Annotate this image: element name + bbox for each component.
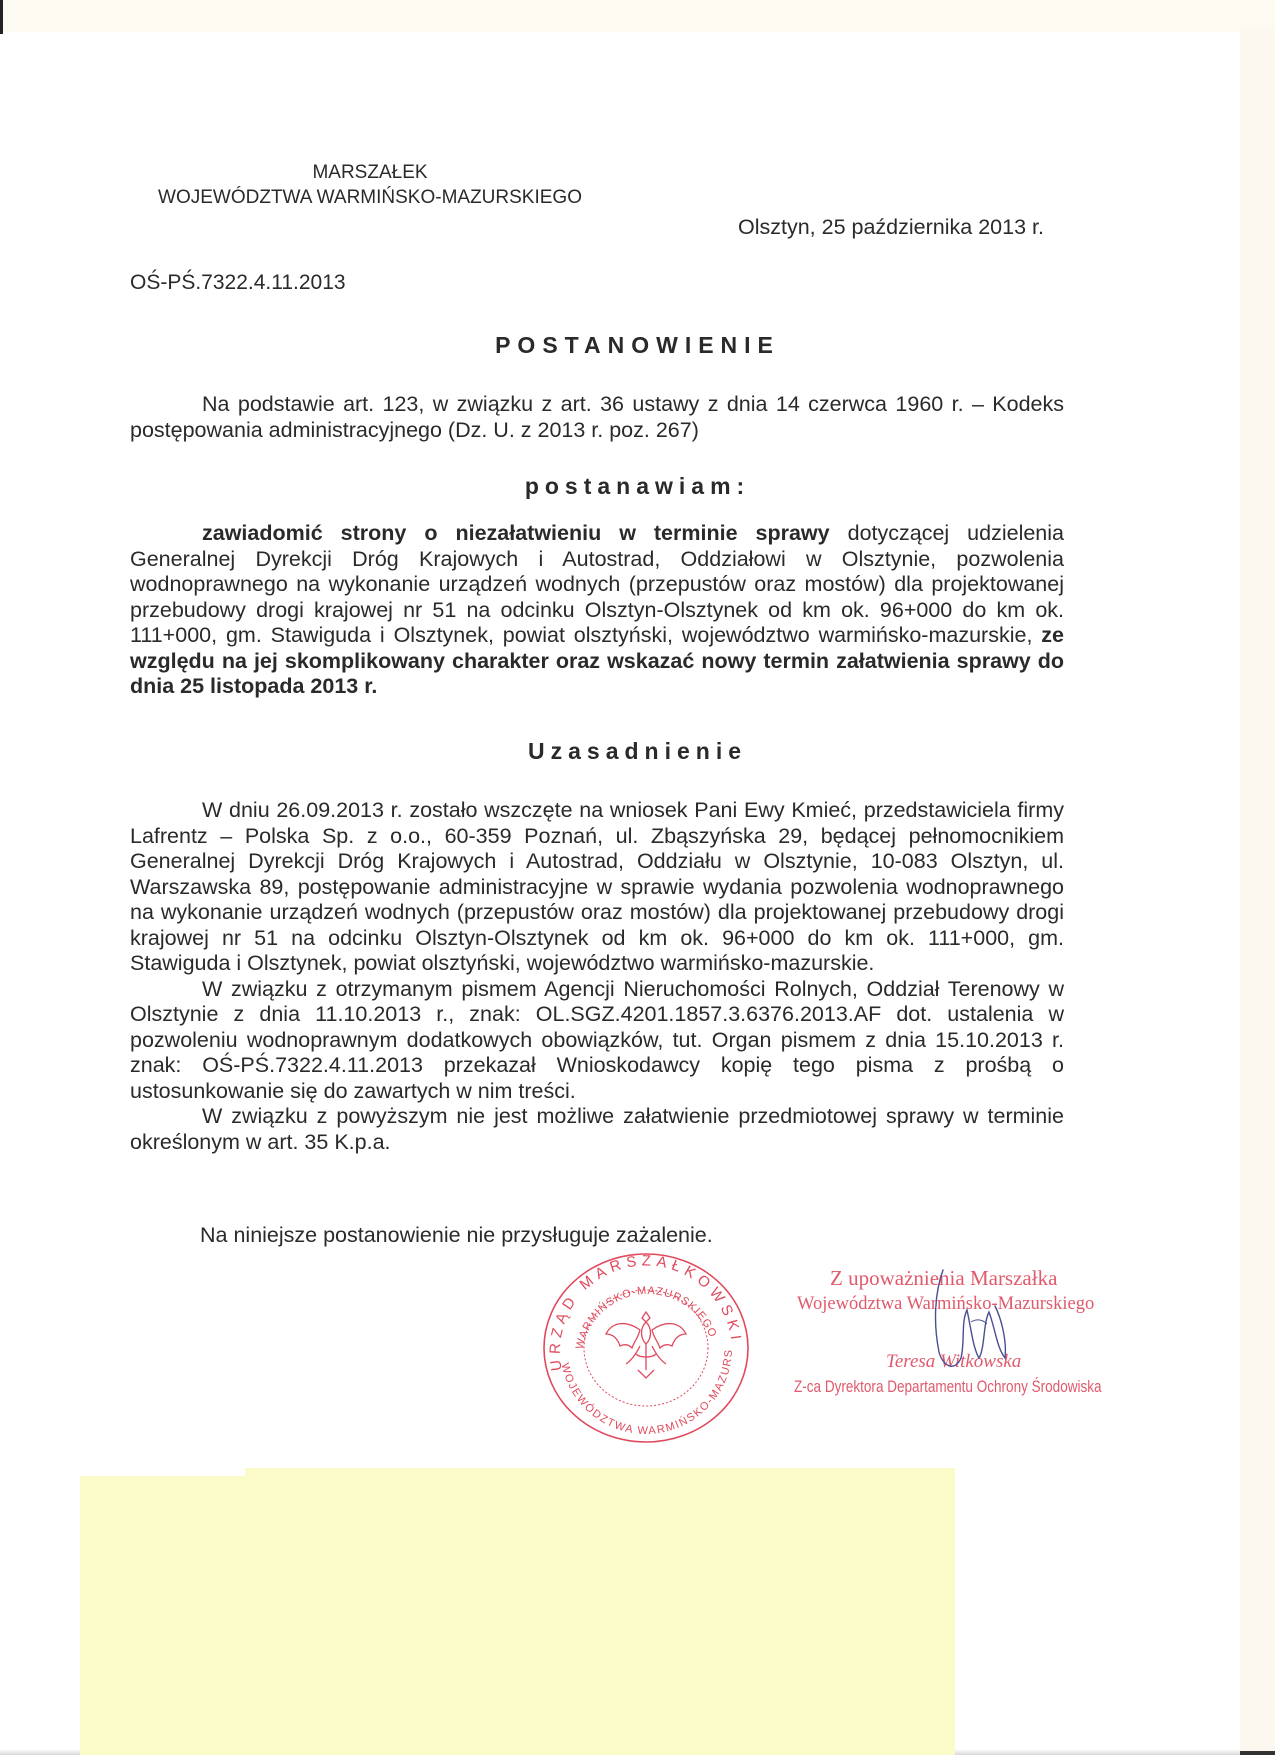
legal-basis: Na podstawie art. 123, w związku z art. … <box>130 392 1064 443</box>
case-number: OŚ-PŚ.7322.4.11.2013 <box>130 270 346 296</box>
eagle-emblem-icon <box>606 1312 686 1378</box>
scan-edge-mark <box>1240 1751 1275 1755</box>
issuer-line2: WOJEWÓDZTWA WARMIŃSKO-MAZURSKIEGO <box>130 185 610 210</box>
issuer-block: MARSZAŁEK WOJEWÓDZTWA WARMIŃSKO-MAZURSKI… <box>130 160 610 210</box>
document-title: POSTANOWIENIE <box>0 333 1275 359</box>
justification-paragraph: W dniu 26.09.2013 r. zostało wszczęte na… <box>130 798 1064 977</box>
sticky-note-edge <box>80 1468 245 1476</box>
svg-text:WARMIŃSKO-MAZURSKIEGO: WARMIŃSKO-MAZURSKIEGO <box>574 1285 719 1351</box>
justification-paragraph: W związku z powyższym nie jest możliwe z… <box>130 1104 1064 1155</box>
justification-heading: Uzasadnienie <box>0 739 1275 765</box>
issuer-line1: MARSZAŁEK <box>130 160 610 185</box>
closing-note: Na niniejsze postanowienie nie przysługu… <box>200 1223 713 1249</box>
scan-edge-mark <box>0 0 3 34</box>
scan-edge-right <box>1240 30 1275 1755</box>
sticky-note <box>80 1468 955 1755</box>
decision-bold-lead: zawiadomić strony o niezałatwieniu w ter… <box>202 521 830 545</box>
handwritten-signature-icon <box>925 1262 1035 1382</box>
official-stamp-icon: URZĄD MARSZAŁKOWSKI WARMIŃSKO-MAZURSKIEG… <box>540 1250 752 1446</box>
justification-body: W dniu 26.09.2013 r. zostało wszczęte na… <box>130 798 1064 1155</box>
place-date: Olsztyn, 25 października 2013 r. <box>738 215 1044 241</box>
decide-heading: postanawiam: <box>0 474 1275 500</box>
decision-paragraph: zawiadomić strony o niezałatwieniu w ter… <box>130 521 1064 700</box>
justification-paragraph: W związku z otrzymanym pismem Agencji Ni… <box>130 977 1064 1105</box>
scan-edge-top <box>0 0 1275 32</box>
